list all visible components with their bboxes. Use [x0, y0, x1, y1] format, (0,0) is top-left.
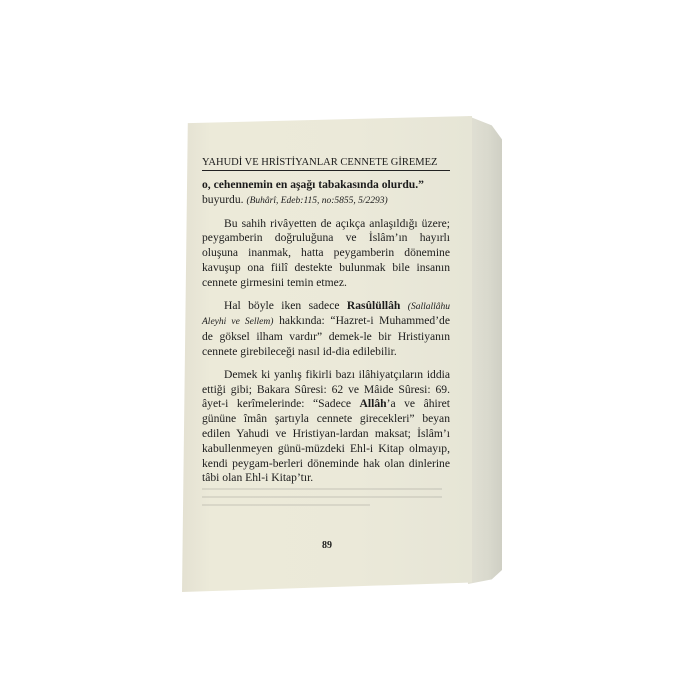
prophet-name: Rasûlüllâh [347, 299, 401, 312]
paragraph-2: Bu sahih rivâyetten de açıkça anlaşıldığ… [202, 217, 450, 291]
paragraph-4: Demek ki yanlış fikirli bazı ilâhiyatçıl… [202, 368, 450, 486]
page-body: o, cehennemin en aşağı tabakasında olurd… [202, 178, 450, 486]
said-text: buyurdu. [202, 193, 244, 206]
paragraph-1: o, cehennemin en aşağı tabakasında olurd… [202, 178, 450, 209]
quote-ending: o, cehennemin en aşağı tabakasında olurd… [202, 178, 424, 191]
p3-start: Hal böyle iken sadece [224, 299, 340, 312]
paragraph-3: Hal böyle iken sadece Rasûlüllâh (Sallal… [202, 299, 450, 360]
book: YAHUDİ VE HRİSTİYANLAR CENNETE GİREMEZ o… [182, 116, 500, 592]
bleed-through-text [202, 482, 442, 512]
running-header: YAHUDİ VE HRİSTİYANLAR CENNETE GİREMEZ [202, 157, 450, 171]
page-number: 89 [182, 540, 472, 551]
hadith-reference: (Buhârî, Edeb:115, no:5855, 5/2293) [246, 196, 387, 206]
allah-name: Allâh [360, 397, 387, 410]
page-block-edge [468, 116, 502, 584]
p4-rest: ’a ve âhiret gününe îmân şartıyla cennet… [202, 397, 450, 484]
book-page: YAHUDİ VE HRİSTİYANLAR CENNETE GİREMEZ o… [182, 116, 472, 592]
